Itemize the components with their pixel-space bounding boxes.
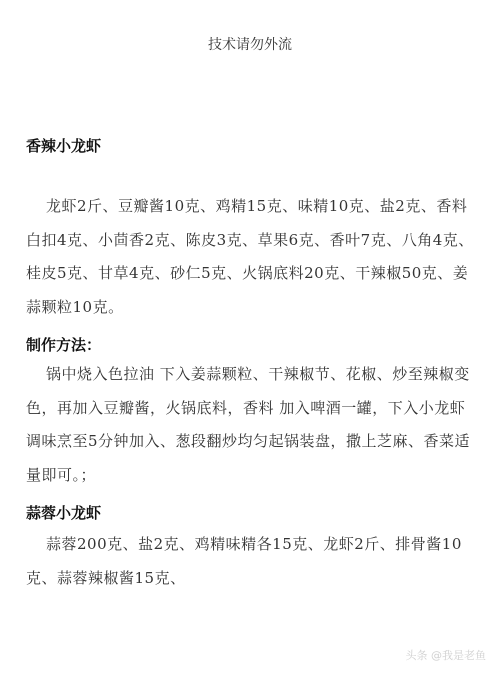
document-title: 技术请勿外流 [0, 34, 500, 54]
ingredients-spicy-crayfish: 龙虾2斤、豆瓣酱10克、鸡精15克、味精10克、盐2克、香料白扣4克、小茴香2克… [26, 190, 476, 324]
ingredients-garlic-crayfish: 蒜蓉200克、盐2克、鸡精味精各15克、龙虾2斤、排骨酱10克、蒜蓉辣椒酱15克… [26, 528, 476, 595]
method-heading: 制作方法： [26, 334, 101, 355]
section-heading-garlic-crayfish: 蒜蓉小龙虾 [26, 502, 101, 523]
watermark: 头条 @我是老鱼 [406, 647, 487, 663]
section-heading-spicy-crayfish: 香辣小龙虾 [26, 135, 101, 156]
method-text: 锅中烧入色拉油 下入姜蒜颗粒、干辣椒节、花椒、炒至辣椒变色，再加入豆瓣酱，火锅底… [26, 358, 476, 492]
